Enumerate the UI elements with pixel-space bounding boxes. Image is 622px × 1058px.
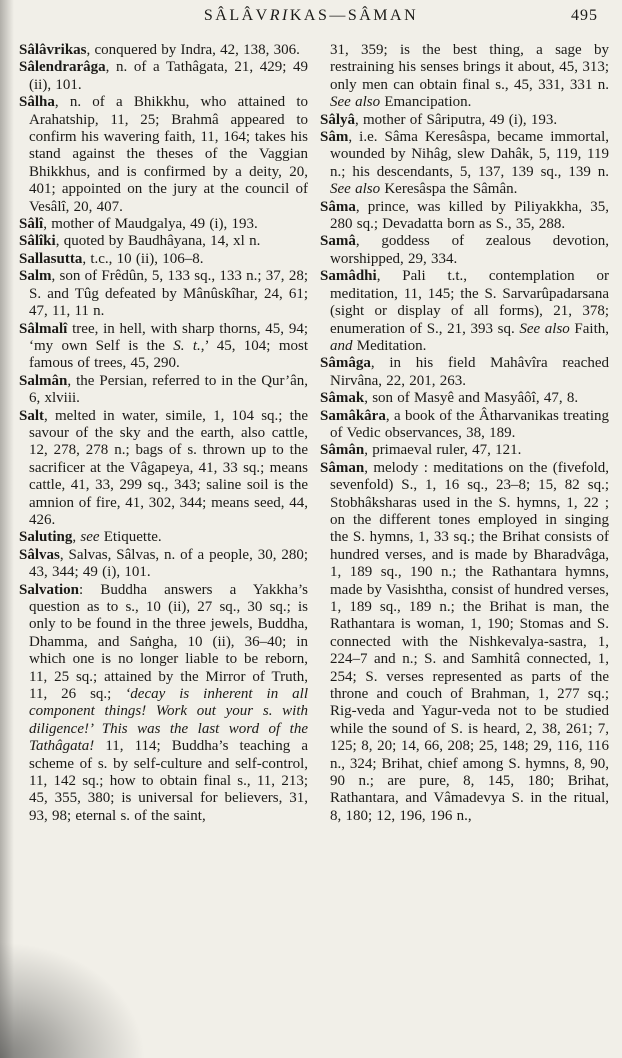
entry-term: Sâlmalî <box>19 321 67 337</box>
index-entry: Samâkâra, a book of the Âtharvanikas tre… <box>320 408 609 443</box>
page-title: SÂLÂVRIKAS—SÂMAN <box>0 7 622 25</box>
entry-text-segment: , Salvas, Sâlvas, n. of a people, 30, 28… <box>29 547 308 580</box>
index-entry: Saluting, see Etiquette. <box>19 529 308 546</box>
index-entry: Sâlâvrikas, conquered by Indra, 42, 138,… <box>19 42 308 59</box>
index-entry: Salvation: Buddha answers a Yakkha’s que… <box>19 582 308 826</box>
entry-text-segment: Emancipation. <box>380 94 471 110</box>
title-segment: SÂLÂV <box>204 7 270 24</box>
index-columns: Sâlâvrikas, conquered by Indra, 42, 138,… <box>0 35 622 1037</box>
page-number: 495 <box>571 7 598 25</box>
entry-term: Sâlendrarâga <box>19 59 106 75</box>
index-entry: Sallasutta, t.c., 10 (ii), 106–8. <box>19 251 308 268</box>
entry-term: Samâ <box>320 233 356 249</box>
entry-text-segment: , goddess of zealous devotion, worshippe… <box>330 233 609 266</box>
entry-italic-segment: and <box>330 338 353 354</box>
entry-term: Sâman <box>320 460 364 476</box>
index-entry: Sâlî, mother of Maudgalya, 49 (i), 193. <box>19 216 308 233</box>
entry-term: Sâlvas <box>19 547 60 563</box>
index-entry: Salmân, the Persian, referred to in the … <box>19 373 308 408</box>
entry-text-segment: Faith, <box>570 321 609 337</box>
entry-text-segment: Keresâspa the Sâmân. <box>380 181 517 197</box>
entry-text-segment: , prince, was killed by Piliyakkha, 35, … <box>330 199 609 232</box>
entry-italic-segment: S. t. <box>173 338 201 354</box>
index-entry: Samâ, goddess of zealous devotion, worsh… <box>320 233 609 268</box>
entry-text-segment: 31, 359; is the best thing, a sage by re… <box>330 42 609 93</box>
index-entry: Salm, son of Frêdûn, 5, 133 sq., 133 n.;… <box>19 268 308 320</box>
index-entry: Sâlyâ, mother of Sâriputra, 49 (i), 193. <box>320 112 609 129</box>
entry-term: Sâmak <box>320 390 364 406</box>
entry-text-segment: , son of Frêdûn, 5, 133 sq., 133 n.; 37,… <box>29 268 308 319</box>
entry-term: Salvation <box>19 582 79 598</box>
entry-text-segment: Etiquette. <box>100 529 162 545</box>
index-entry: Sâmân, primaeval ruler, 47, 121. <box>320 442 609 459</box>
index-entry: Sâma, prince, was killed by Piliyakkha, … <box>320 199 609 234</box>
entry-text-segment: , n. of a Bhikkhu, who attained to Araha… <box>29 94 308 214</box>
entry-italic-segment: See also <box>330 94 380 110</box>
index-entry: Sâmak, son of Masyê and Masyâôî, 47, 8. <box>320 390 609 407</box>
entry-term: Sâlîki <box>19 233 56 249</box>
right-column: 31, 359; is the best thing, a sage by re… <box>320 42 609 1037</box>
book-page: SÂLÂVRIKAS—SÂMAN 495 Sâlâvrikas, conquer… <box>0 0 622 1058</box>
index-entry: Sâman, melody : meditations on the (five… <box>320 460 609 826</box>
index-entry: Sâlendrarâga, n. of a Tathâgata, 21, 429… <box>19 59 308 94</box>
left-column: Sâlâvrikas, conquered by Indra, 42, 138,… <box>19 42 308 1037</box>
entry-term: Salmân <box>19 373 67 389</box>
index-entry: Sâlîki, quoted by Baudhâyana, 14, xl n. <box>19 233 308 250</box>
entry-term: Samâdhi <box>320 268 377 284</box>
entry-term: Sâm <box>320 129 348 145</box>
entry-term: Sâlâvrikas <box>19 42 87 58</box>
entry-italic-segment: See also <box>330 181 380 197</box>
entry-term: Salm <box>19 268 52 284</box>
index-entry-continuation: 31, 359; is the best thing, a sage by re… <box>320 42 609 112</box>
entry-term: Sallasutta <box>19 251 82 267</box>
entry-term: Salt <box>19 408 44 424</box>
entry-text-segment: , conquered by Indra, 42, 138, 306. <box>87 42 300 58</box>
entry-term: Saluting <box>19 529 72 545</box>
entry-text-segment: : Buddha answers a Yakkha’s question as … <box>29 582 308 702</box>
index-entry: Salt, melted in water, simile, 1, 104 sq… <box>19 408 308 530</box>
entry-italic-segment: see <box>80 529 99 545</box>
entry-text-segment: , in his field Mahâvîra reached Nirvâna,… <box>330 355 609 388</box>
title-segment: KAS—SÂMAN <box>290 7 418 24</box>
index-entry: Sâm, i.e. Sâma Keresâspa, became immorta… <box>320 129 609 199</box>
entry-text-segment: , melted in water, simile, 1, 104 sq.; t… <box>29 408 308 528</box>
index-entry: Sâlmalî tree, in hell, with sharp thorns… <box>19 321 308 373</box>
entry-text-segment: Meditation. <box>353 338 427 354</box>
entry-italic-segment: See also <box>519 321 569 337</box>
entry-term: Sâlî <box>19 216 43 232</box>
entry-text-segment: , mother of Maudgalya, 49 (i), 193. <box>43 216 258 232</box>
entry-term: Samâkâra <box>320 408 386 424</box>
entry-term: Sâlha <box>19 94 55 110</box>
entry-term: Sâmân <box>320 442 364 458</box>
entry-text-segment: , i.e. Sâma Keresâspa, became immortal, … <box>330 129 609 180</box>
entry-text-segment: , t.c., 10 (ii), 106–8. <box>82 251 203 267</box>
index-entry: Sâmâga, in his field Mahâvîra reached Ni… <box>320 355 609 390</box>
running-header: SÂLÂVRIKAS—SÂMAN 495 <box>0 0 622 35</box>
index-entry: Sâlvas, Salvas, Sâlvas, n. of a people, … <box>19 547 308 582</box>
entry-term: Sâma <box>320 199 356 215</box>
entry-term: Sâlyâ <box>320 112 355 128</box>
entry-text-segment: , quoted by Baudhâyana, 14, xl n. <box>56 233 261 249</box>
entry-text-segment: , primaeval ruler, 47, 121. <box>364 442 521 458</box>
entry-text-segment: , the Persian, referred to in the Qur’ân… <box>29 373 308 406</box>
index-entry: Samâdhi, Pali t.t., contemplation or med… <box>320 268 609 355</box>
entry-text-segment: , son of Masyê and Masyâôî, 47, 8. <box>364 390 578 406</box>
title-segment-italic: RI <box>270 7 290 24</box>
entry-text-segment: , melody : meditations on the (fivefold,… <box>330 460 609 824</box>
index-entry: Sâlha, n. of a Bhikkhu, who attained to … <box>19 94 308 216</box>
entry-text-segment: , mother of Sâriputra, 49 (i), 193. <box>355 112 557 128</box>
entry-term: Sâmâga <box>320 355 371 371</box>
